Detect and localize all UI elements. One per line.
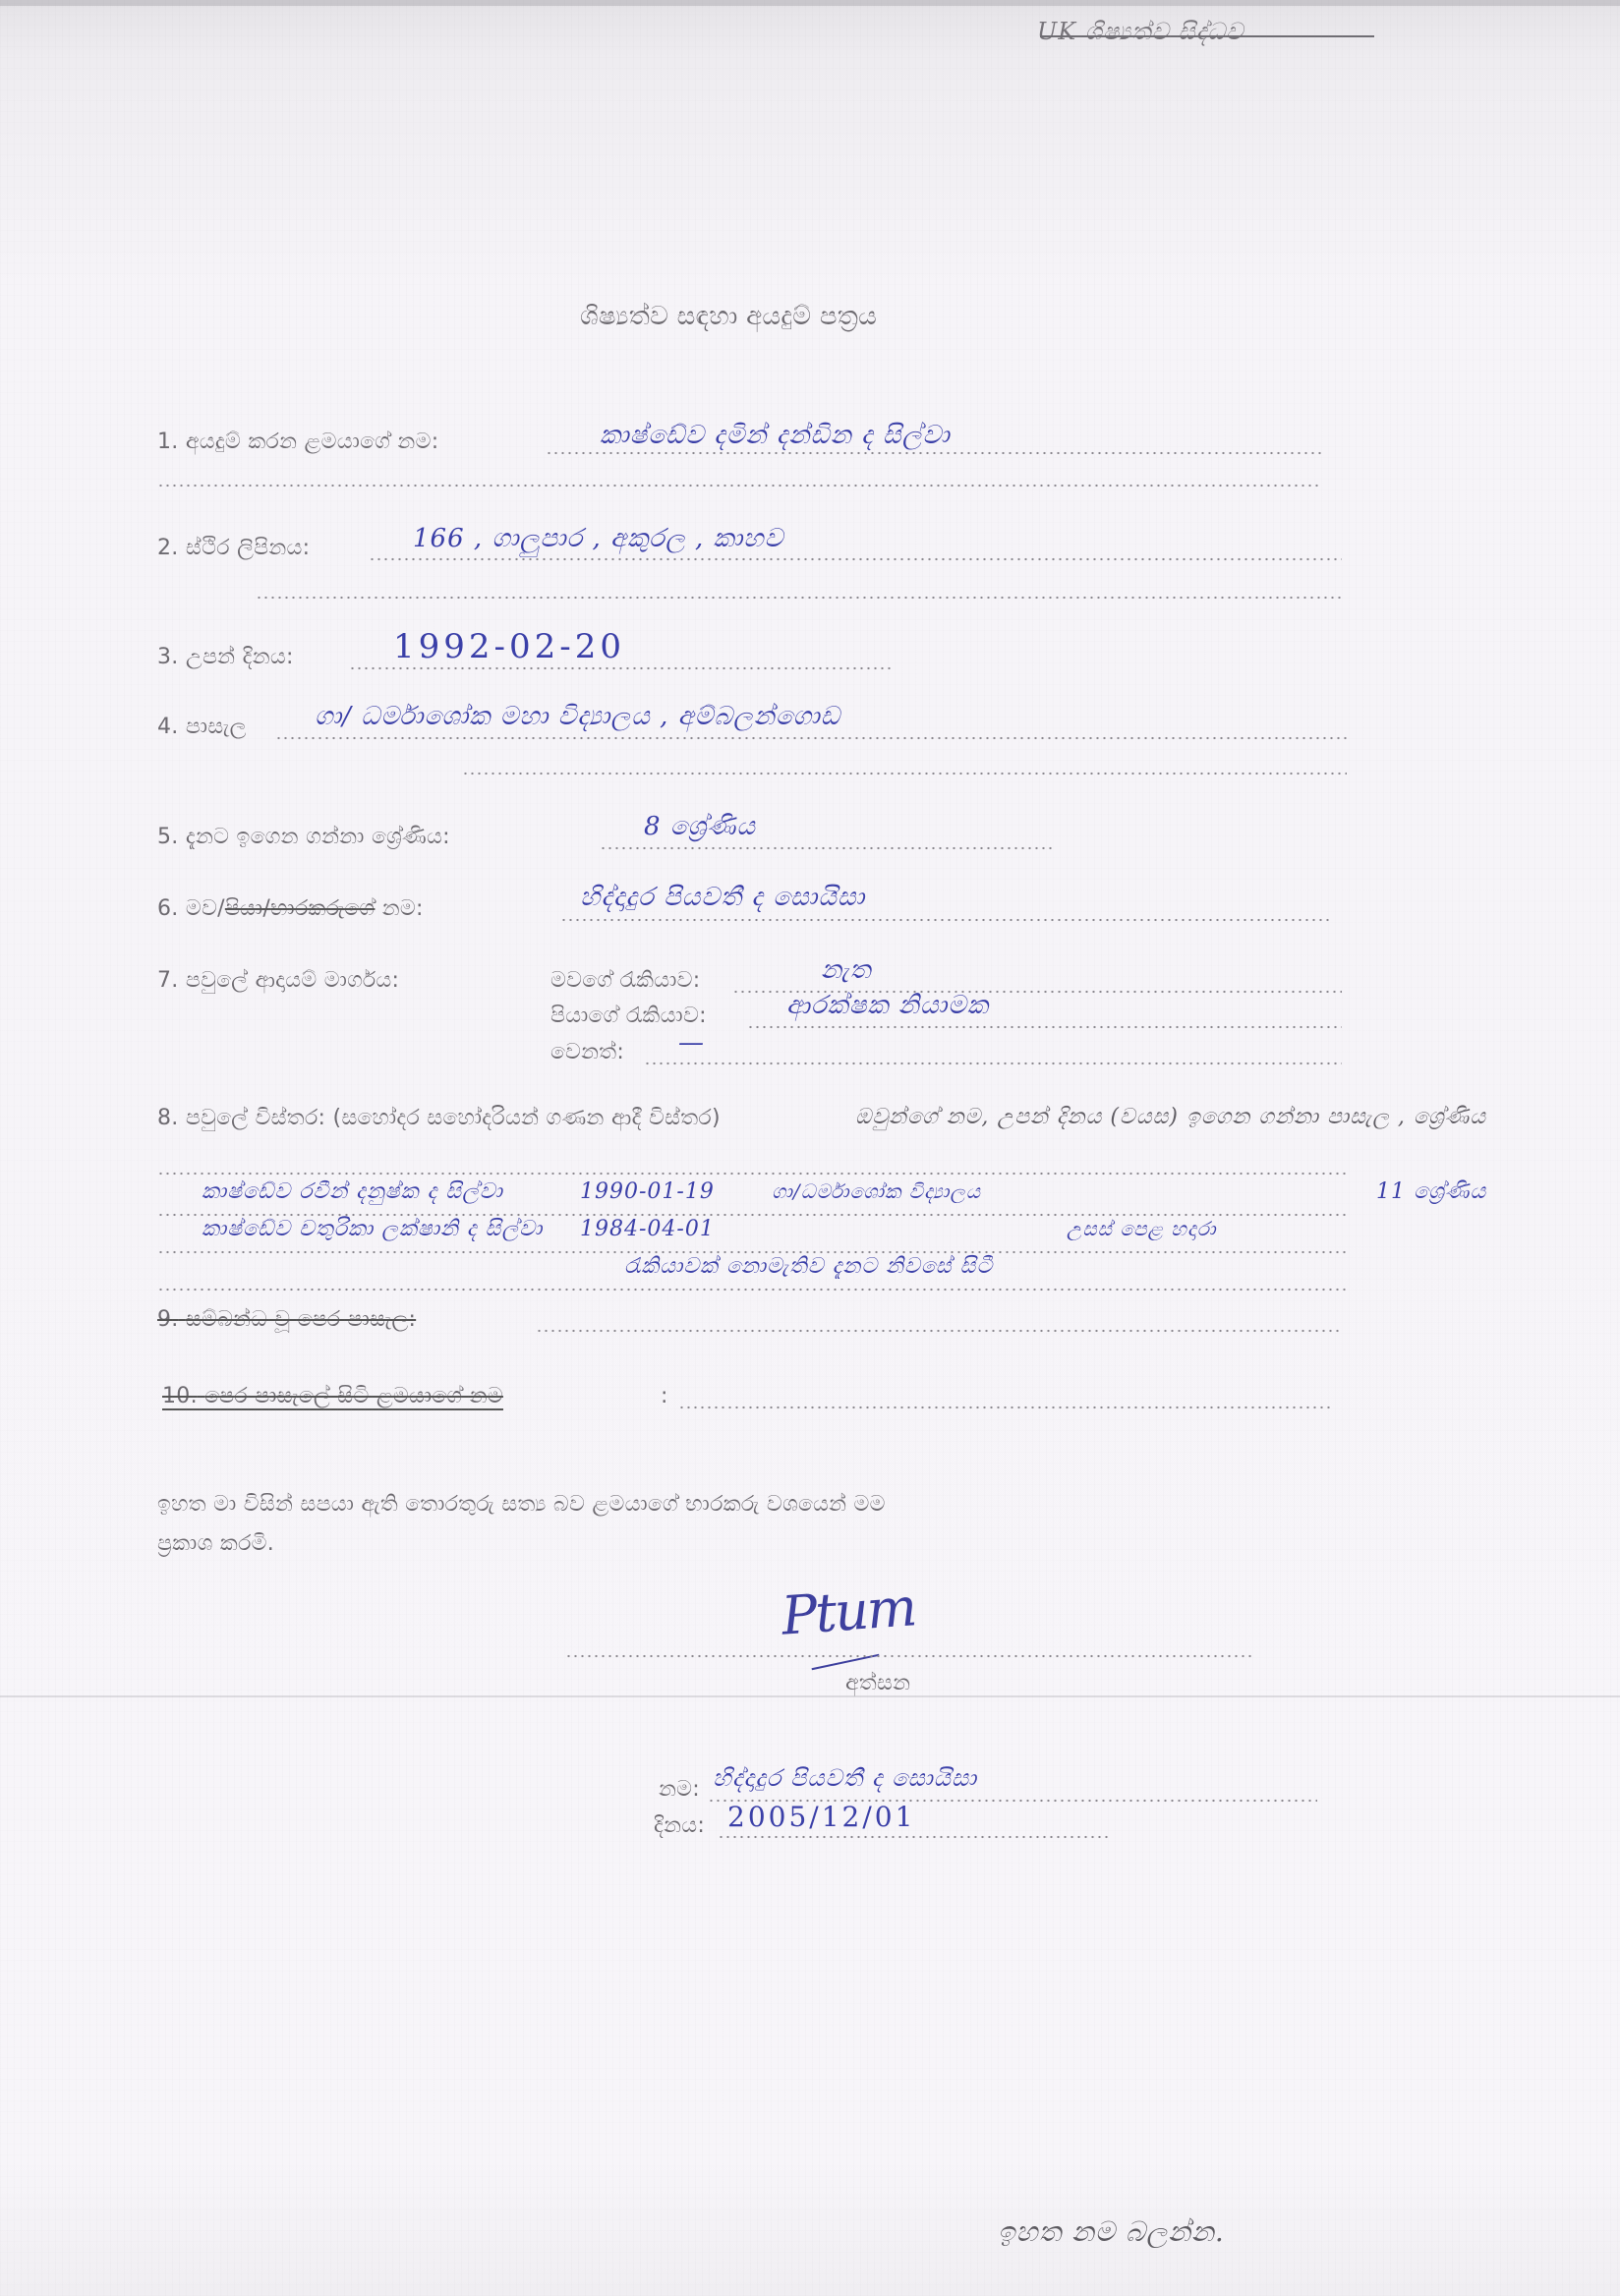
top-note: UK ශිෂ්‍යත්ව සිද්ධව [1037,18,1244,45]
field-number: 3. [157,645,179,669]
field-2-dots-2 [256,596,1342,600]
sibling-1-grade[interactable]: 11 ශ්‍රේණිය [1376,1179,1486,1204]
field-5-dots [600,846,1052,850]
field-label: අයදුම් කරන ළමයාගේ නම: [186,430,439,454]
field-number: 2. [157,536,179,560]
signer-name-label: නම: [659,1777,700,1802]
sibling-2-name[interactable]: කාෂ්ඩේව චතුරිකා ලක්ෂානි ද සිල්වා [202,1217,543,1241]
other-income-value[interactable]: — [678,1028,705,1058]
field-number: 9. [157,1307,179,1332]
field-10-dots [678,1406,1332,1409]
field-8-handwritten-label: ඔවුන්ගේ නම, උපන් දිනය (වයස) ඉගෙන ගන්නා ප… [855,1101,1573,1134]
field-2-label: 2. ස්ථිර ලිපිනය: [157,536,310,560]
field-4-dots [275,736,1347,740]
fold-crease [0,1695,1620,1697]
father-job-dots [747,1025,1342,1029]
field-6-label: 6. මව/පියා/භාරකරුගේ නම: [157,896,424,921]
field-number: 1. [157,430,179,454]
field-number: 10. [162,1384,198,1408]
other-income-dots [644,1062,1342,1065]
field-3-label: 3. උපන් දිනය: [157,645,294,669]
field-1-label: 1. අයදුම් කරන ළමයාගේ නම: [157,430,438,454]
mother-job-label: මවගේ රැකියාව: [550,968,700,993]
signer-date-dots [718,1835,1111,1839]
field-number: 6. [157,896,179,921]
father-job-label: පියාගේ රැකියාව: [550,1004,707,1028]
field-label: පාසැල [186,715,247,739]
dob-value[interactable]: 1992-02-20 [393,627,625,666]
field-number: 5. [157,825,179,849]
sibling-1-name[interactable]: කාෂ්ඩේව රවීන් දනුෂ්ක ද සිල්වා [202,1179,503,1204]
sibling-1-school[interactable]: ගා/ධර්මාශෝක විද්‍යාලය [772,1179,981,1203]
field-label: ස්ථිර ලිපිනය: [186,536,310,560]
sibling-2-school[interactable]: උසස් පෙළ හදාරා [1067,1217,1216,1240]
field-10-colon: : [661,1384,668,1408]
bottom-note: ඉහත නම බලන්න. [998,2215,1225,2249]
declaration-line-2: ප්‍රකාශ කරමි. [157,1531,274,1556]
field-label: පවුලේ ආදායම් මාර්ගය: [186,968,399,993]
field-2-dots [369,557,1342,561]
field-8-dots-4 [157,1288,1347,1291]
field-5-label: 5. දැනට ඉගෙන ගන්නා ශ්‍රේණිය: [157,825,450,849]
field-9-dots [536,1329,1342,1333]
field-4-label: 4. පාසැල [157,715,247,739]
signature-mark: Ptum [780,1576,917,1646]
field-number: 4. [157,715,179,739]
field-label: උපන් දිනය: [186,645,294,669]
signer-date-value[interactable]: 2005/12/01 [727,1801,915,1833]
label-mother: මව/ [186,896,225,921]
field-3-dots [349,666,895,670]
field-1-dots [546,451,1322,455]
field-10-label: 10. පෙර පාසැලේ සිටි ළමයාගේ නම [162,1384,503,1410]
form-title: ශිෂ්‍යත්ව සඳහා අයදුම් පත්‍රය [580,302,877,332]
field-4-dots-2 [462,772,1347,775]
parent-name-value[interactable]: හිද්දාදුර පියවතී ද සොයිසා [580,883,865,913]
signer-date-label: දිනය: [654,1813,705,1838]
field-8-dots-1 [157,1172,1347,1176]
father-job-value[interactable]: ආරක්ෂක නියාමක [786,991,989,1021]
scan-edge [0,0,1620,6]
top-note-strike [1040,35,1374,37]
address-value[interactable]: 166 , ගාලුපාර , අකුරල , කාහව [413,524,783,554]
label-guardian-struck: භාරකරුගේ [270,896,375,921]
signature-caption: අත්සන [845,1671,910,1695]
field-label: පවුලේ විස්තර: (සහෝදර සහෝදරියන් ගණන ආදී ව… [186,1106,721,1130]
child-name-value[interactable]: කාෂ්ඩේව දමින් දන්ඩින ද සිල්වා [600,421,951,451]
grade-value[interactable]: 8 ශ්‍රේණිය [644,812,756,842]
sibling-2-note[interactable]: රැකියාවක් නොමැතිව දැනට නිවසේ සිටී [624,1254,993,1279]
signature-dots [565,1654,1253,1658]
scanned-page: UK ශිෂ්‍යත්ව සිද්ධව ශිෂ්‍යත්ව සඳහා අයදුම… [0,0,1620,2296]
field-label: දැනට ඉගෙන ගන්නා ශ්‍රේණිය: [186,825,450,849]
label-father-struck: පියා/ [225,896,270,921]
field-number: 8. [157,1106,179,1130]
school-value[interactable]: ගා/ ධර්මාශෝක මහා විද්‍යාලය , අම්බලන්ගොඩ [315,702,840,732]
mother-job-value[interactable]: නැත [821,955,871,986]
field-8-label: 8. පවුලේ විස්තර: (සහෝදර සහෝදරියන් ගණන ආද… [157,1106,721,1130]
field-6-dots [560,918,1332,922]
declaration-line-1: ඉහත මා විසින් සපයා ඇති තොරතුරු සත්‍ය බව … [157,1492,886,1517]
sibling-1-dob[interactable]: 1990-01-19 [580,1179,715,1204]
label-name-suffix: නම: [375,896,423,921]
sibling-2-dob[interactable]: 1984-04-01 [580,1217,715,1241]
field-1-dots-2 [157,484,1322,488]
field-9-label: 9. සම්බන්ධ වූ පෙර පාසැල: [157,1307,416,1332]
field-7-label: 7. පවුලේ ආදායම් මාර්ගය: [157,968,399,993]
field-label: පෙර පාසැලේ සිටි ළමයාගේ නම [204,1384,503,1408]
field-number: 7. [157,968,179,993]
field-label: සම්බන්ධ වූ පෙර පාසැල: [186,1307,416,1332]
other-income-label: වෙනත්: [550,1040,624,1064]
signer-name-value[interactable]: හිද්දාදුර පියවතී ද සොයිසා [713,1764,977,1792]
